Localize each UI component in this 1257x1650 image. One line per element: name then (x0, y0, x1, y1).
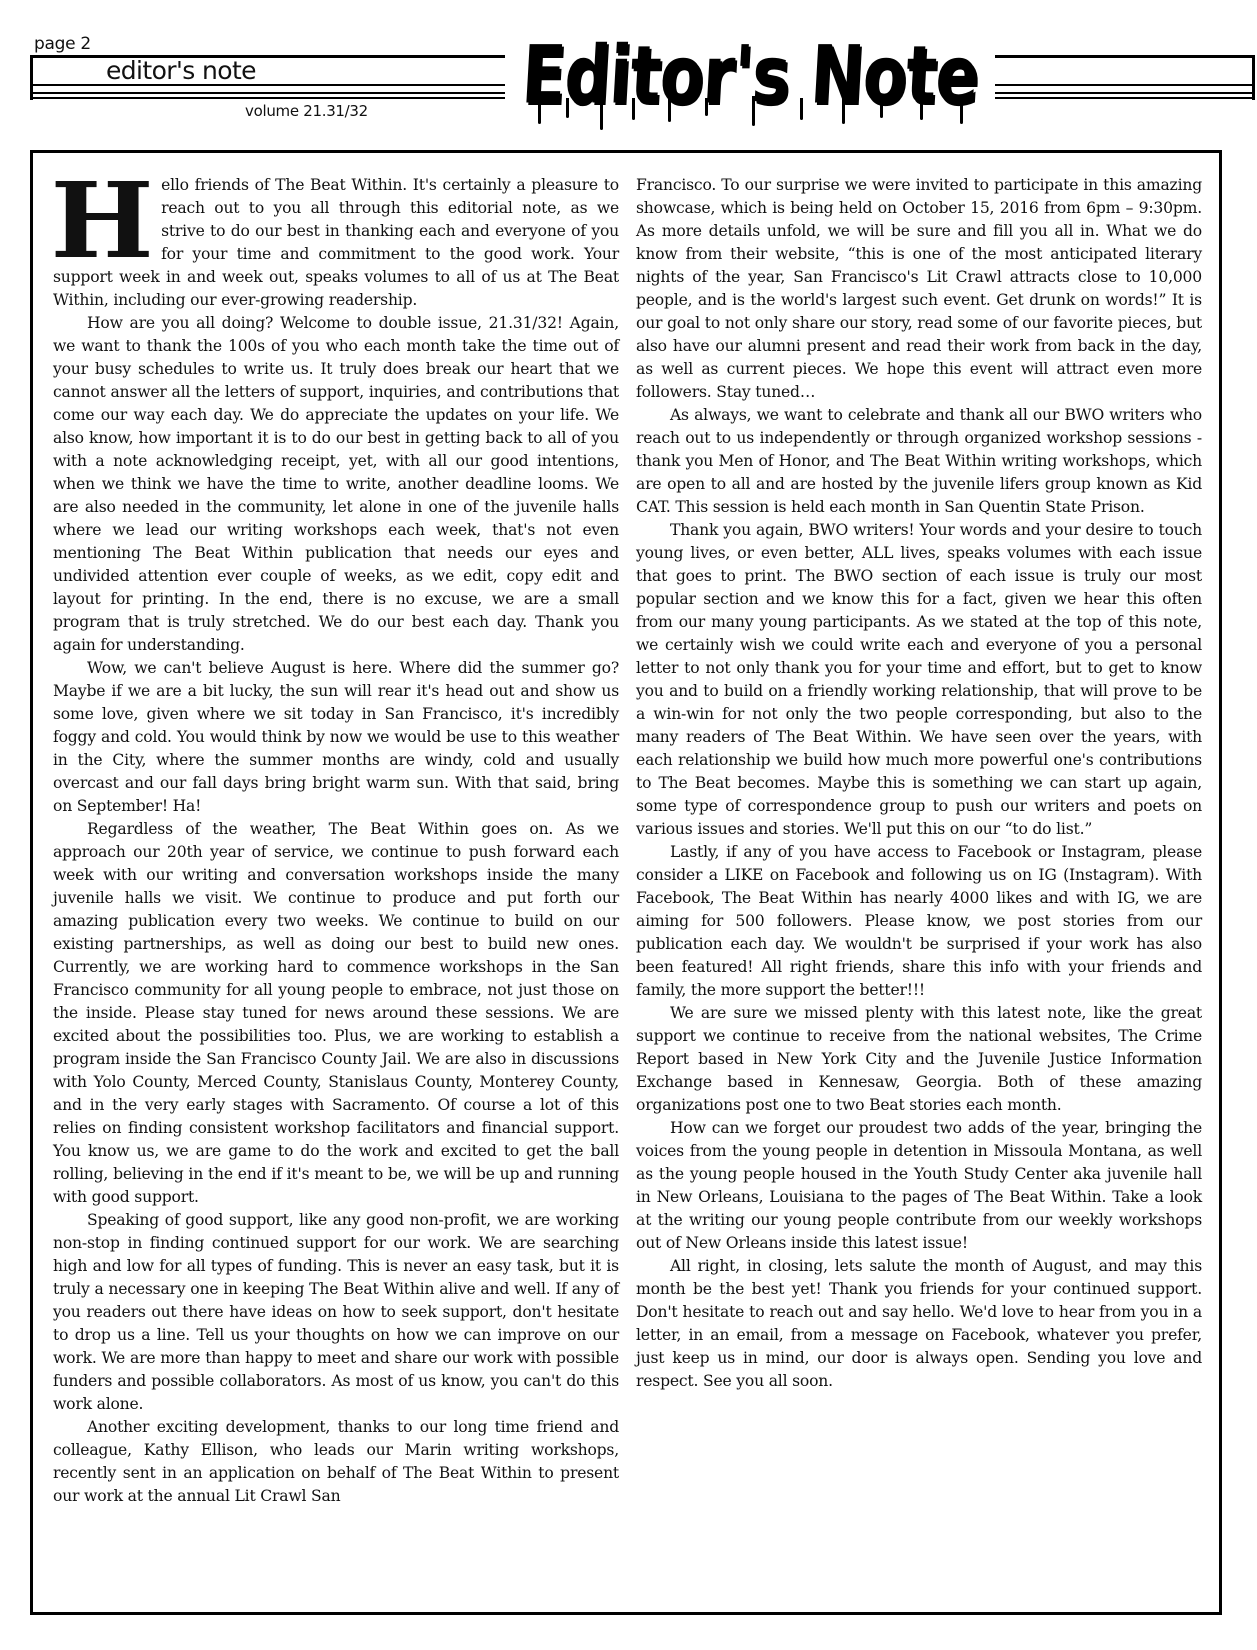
article-paragraph: Another exciting development, thanks to … (53, 1416, 619, 1508)
graffiti-drip-icon (668, 96, 671, 122)
article-paragraph: Wow, we can't believe August is here. Wh… (53, 657, 619, 818)
article-paragraph: Francisco. To our surprise we were invit… (636, 174, 1202, 404)
article-box: Hello friends of The Beat Within. It's c… (30, 150, 1222, 1615)
article-paragraph: How can we forget our proudest two adds … (636, 1117, 1202, 1255)
article-paragraph: Lastly, if any of you have access to Fac… (636, 841, 1202, 1002)
graffiti-drip-icon (705, 98, 708, 116)
graffiti-drip-icon (880, 98, 883, 118)
page-number-label: page 2 (34, 34, 91, 54)
volume-label: volume 21.31/32 (245, 102, 368, 120)
graffiti-drip-icon (842, 96, 845, 124)
masthead-title: Editor's Note (519, 30, 980, 123)
section-label: editor's note (106, 56, 256, 85)
article-paragraph: Regardless of the weather, The Beat With… (53, 818, 619, 1209)
graffiti-drip-icon (538, 96, 541, 124)
article-column-left: Hello friends of The Beat Within. It's c… (53, 174, 619, 1508)
article-paragraph: Thank you again, BWO writers! Your words… (636, 519, 1202, 841)
article-paragraph: As always, we want to celebrate and than… (636, 404, 1202, 519)
graffiti-drip-icon (752, 96, 755, 126)
graffiti-drip-icon (632, 98, 635, 120)
article-paragraph: Hello friends of The Beat Within. It's c… (53, 174, 619, 312)
article-paragraph: We are sure we missed plenty with this l… (636, 1002, 1202, 1117)
article-paragraph: All right, in closing, lets salute the m… (636, 1255, 1202, 1393)
graffiti-drip-icon (920, 96, 923, 120)
graffiti-drip-icon (960, 98, 963, 124)
article-paragraph: How are you all doing? Welcome to double… (53, 312, 619, 657)
article-paragraph: Speaking of good support, like any good … (53, 1209, 619, 1416)
graffiti-drip-icon (566, 98, 569, 118)
article-column-right: Francisco. To our surprise we were invit… (636, 174, 1202, 1393)
graffiti-drip-icon (600, 96, 603, 130)
graffiti-drip-icon (800, 98, 803, 120)
drop-cap: H (51, 178, 154, 266)
